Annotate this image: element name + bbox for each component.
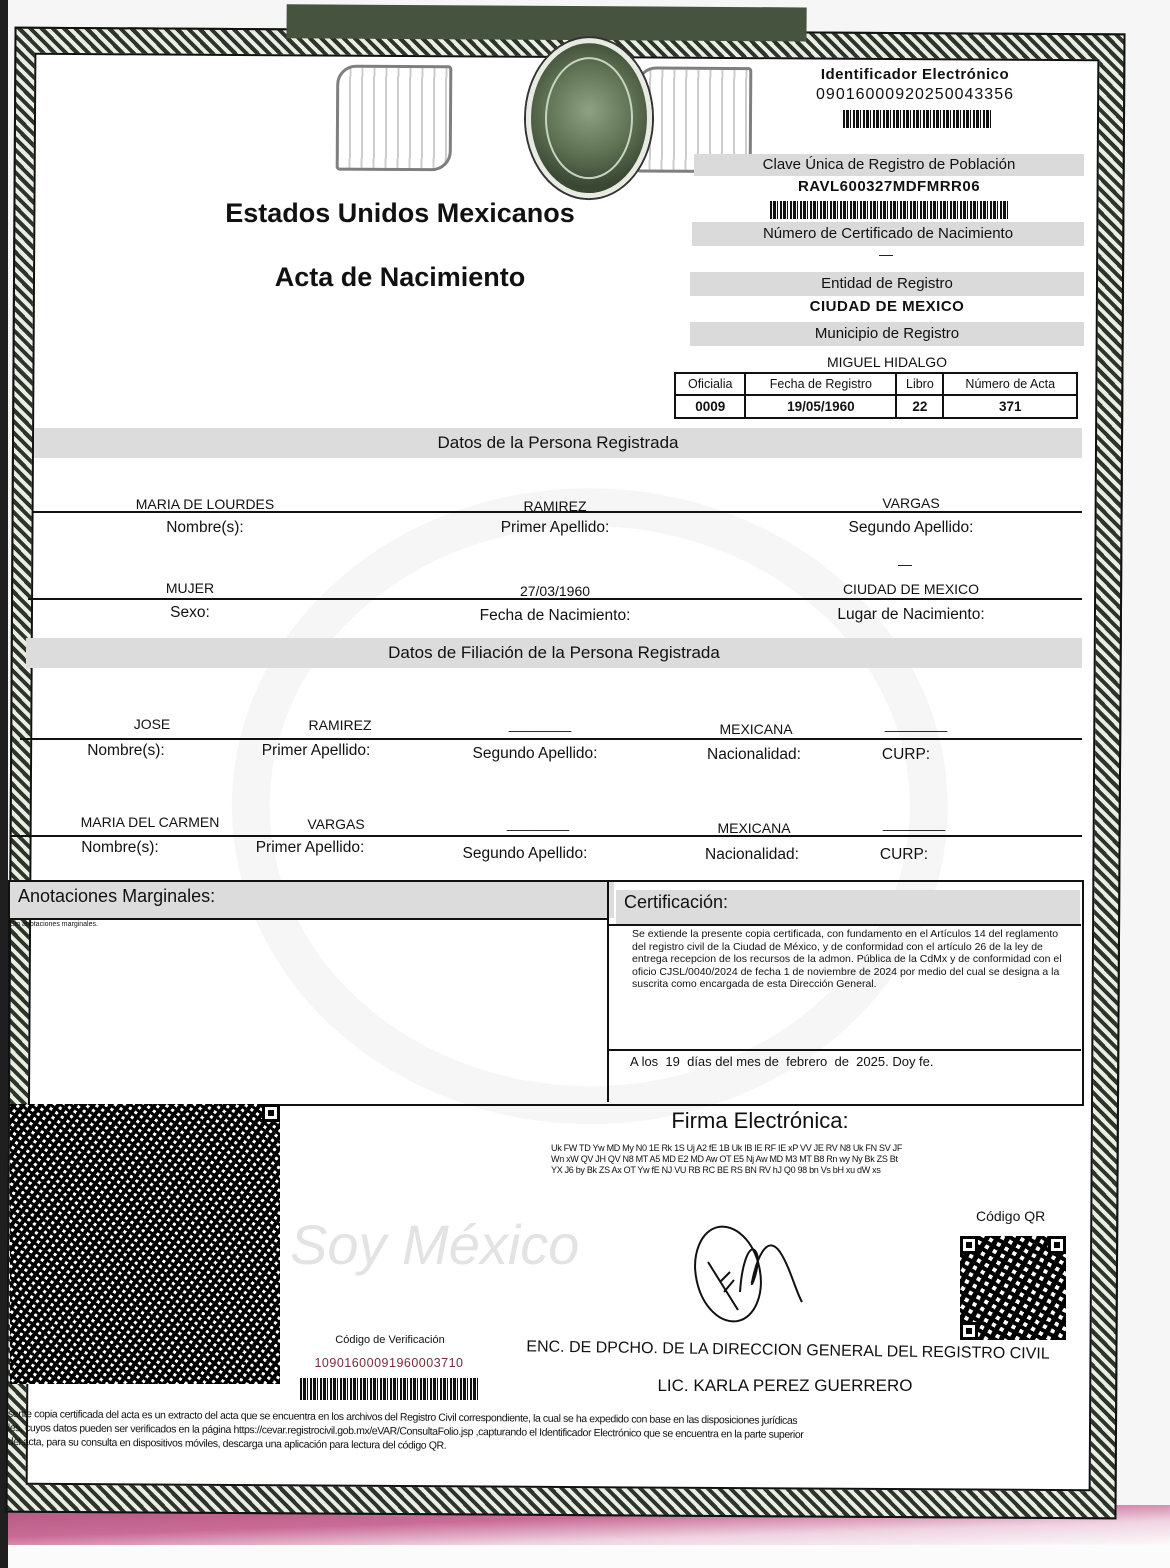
td-oficialia: 0009 (675, 395, 745, 418)
soy-mexico-watermark: Soy México (290, 1212, 579, 1277)
td-fecha-registro: 19/05/1960 (745, 395, 896, 418)
entidad-value: CIUDAD DE MEXICO (690, 298, 1084, 315)
certificacion-title: Certificación: (616, 890, 1080, 924)
verificacion-value: 10901600091960003710 (294, 1356, 484, 1370)
firma-nombre: LIC. KARLA PEREZ GUERRERO (600, 1376, 970, 1396)
madre-nacionalidad-value: MEXICANA (694, 820, 814, 836)
padre-nombre-label: Nombre(s): (66, 742, 186, 760)
firma-title: Firma Electrónica: (600, 1108, 920, 1134)
padre-segundo-apellido-value: ________ (480, 716, 600, 732)
persona-nombre-value: MARIA DE LOURDES (90, 496, 320, 512)
curp-barcode (770, 201, 1008, 219)
madre-nombre-label: Nombre(s): (60, 839, 180, 857)
th-numero-acta: Número de Acta (943, 373, 1077, 395)
padre-nacionalidad-label: Nacionalidad: (694, 746, 814, 764)
persona-curp-placeholder: — (870, 556, 940, 572)
signature-icon (690, 1222, 820, 1326)
padre-nombre-value: JOSE (92, 716, 212, 732)
curp-label: Clave Única de Registro de Población (694, 154, 1084, 176)
madre-curp-label: CURP: (874, 846, 934, 864)
municipio-value: MIGUEL HIDALGO (690, 354, 1084, 370)
small-qr-code (960, 1236, 1066, 1340)
persona-primer-apellido-label: Primer Apellido: (440, 519, 670, 537)
td-numero-acta: 371 (943, 395, 1077, 418)
anotaciones-text: Sin anotaciones marginales. (10, 921, 98, 928)
padre-segundo-apellido-label: Segundo Apellido: (460, 745, 610, 763)
padre-primer-apellido-value: RAMIREZ (280, 717, 400, 733)
madre-line (10, 835, 1082, 837)
left-ornament (336, 65, 453, 172)
entidad-label: Entidad de Registro (690, 272, 1084, 296)
verificacion-barcode (300, 1378, 478, 1400)
identificador-value: 09016000920250043356 (760, 86, 1070, 104)
certificado-value: — (846, 246, 926, 262)
firma-hash: Uk FW TD Yw MD My N0 1E Rk 1S Uj A2 fE 1… (551, 1143, 1021, 1176)
padre-curp-value: ________ (856, 716, 976, 732)
padre-nacionalidad-value: MEXICANA (696, 721, 816, 737)
madre-nacionalidad-label: Nacionalidad: (692, 846, 812, 864)
madre-primer-apellido-value: VARGAS (276, 816, 396, 832)
th-oficialia: Oficialia (675, 373, 745, 395)
document-title: Acta de Nacimiento (200, 262, 600, 293)
persona-fecha-nacimiento-value: 27/03/1960 (440, 583, 670, 599)
country-title: Estados Unidos Mexicanos (200, 198, 600, 229)
madre-curp-value: ________ (854, 815, 974, 831)
madre-nombre-value: MARIA DEL CARMEN (60, 814, 240, 830)
national-seal-icon (526, 38, 653, 199)
identificador-label: Identificador Electrónico (760, 66, 1070, 83)
padre-curp-label: CURP: (876, 746, 936, 764)
padre-line (20, 738, 1082, 740)
certificacion-divider-2 (609, 1049, 1081, 1051)
certificado-label: Número de Certificado de Nacimiento (692, 222, 1084, 246)
firma-line: Wn xW QV JH QV N8 MT A5 MD E2 MD Aw OT E… (551, 1154, 1021, 1165)
padre-primer-apellido-label: Primer Apellido: (246, 742, 386, 760)
persona-sexo-label: Sexo: (90, 604, 290, 622)
curp-value: RAVL600327MDFMRR06 (694, 178, 1084, 195)
firma-line: YX J6 by Bk ZS Ax OT Yw fE NJ VU RB RC B… (551, 1165, 1021, 1176)
madre-segundo-apellido-value: ________ (478, 815, 598, 831)
large-qr-code (10, 1104, 280, 1384)
verificacion-label: Código de Verificación (300, 1334, 480, 1346)
certificacion-divider-1 (609, 924, 1081, 926)
madre-primer-apellido-label: Primer Apellido: (240, 839, 380, 857)
persona-line-2 (28, 598, 1082, 600)
anotaciones-divider (8, 918, 608, 920)
qr-label: Código QR (976, 1208, 1045, 1224)
anotaciones-title: Anotaciones Marginales: (10, 882, 614, 918)
persona-segundo-apellido-value: VARGAS (796, 495, 1026, 511)
th-fecha-registro: Fecha de Registro (745, 373, 896, 395)
persona-segundo-apellido-label: Segundo Apellido: (796, 519, 1026, 537)
identificador-barcode (843, 110, 991, 128)
firma-line: Uk FW TD Yw MD My N0 1E Rk 1S Uj A2 fE 1… (551, 1143, 1021, 1154)
certificacion-fecha: A los 19 días del mes de febrero de 2025… (630, 1054, 934, 1069)
persona-line-1 (32, 511, 1082, 513)
madre-segundo-apellido-label: Segundo Apellido: (450, 845, 600, 863)
th-libro: Libro (896, 373, 943, 395)
persona-sexo-value: MUJER (90, 580, 290, 596)
column-divider (607, 880, 609, 1102)
persona-lugar-nacimiento-value: CIUDAD DE MEXICO (796, 581, 1026, 597)
td-libro: 22 (896, 395, 943, 418)
background-bottom (8, 1545, 1170, 1568)
persona-lugar-nacimiento-label: Lugar de Nacimiento: (796, 606, 1026, 624)
persona-nombre-label: Nombre(s): (90, 519, 320, 537)
persona-fecha-nacimiento-label: Fecha de Nacimiento: (440, 607, 670, 625)
section-filiacion: Datos de Filiación de la Persona Registr… (26, 638, 1082, 668)
registro-table: Oficialia Fecha de Registro Libro Número… (674, 372, 1078, 419)
municipio-label: Municipio de Registro (690, 322, 1084, 346)
header-banner (286, 4, 806, 41)
certificacion-text: Se extiende la presente copia certificad… (632, 928, 1074, 991)
section-persona: Datos de la Persona Registrada (34, 428, 1082, 458)
